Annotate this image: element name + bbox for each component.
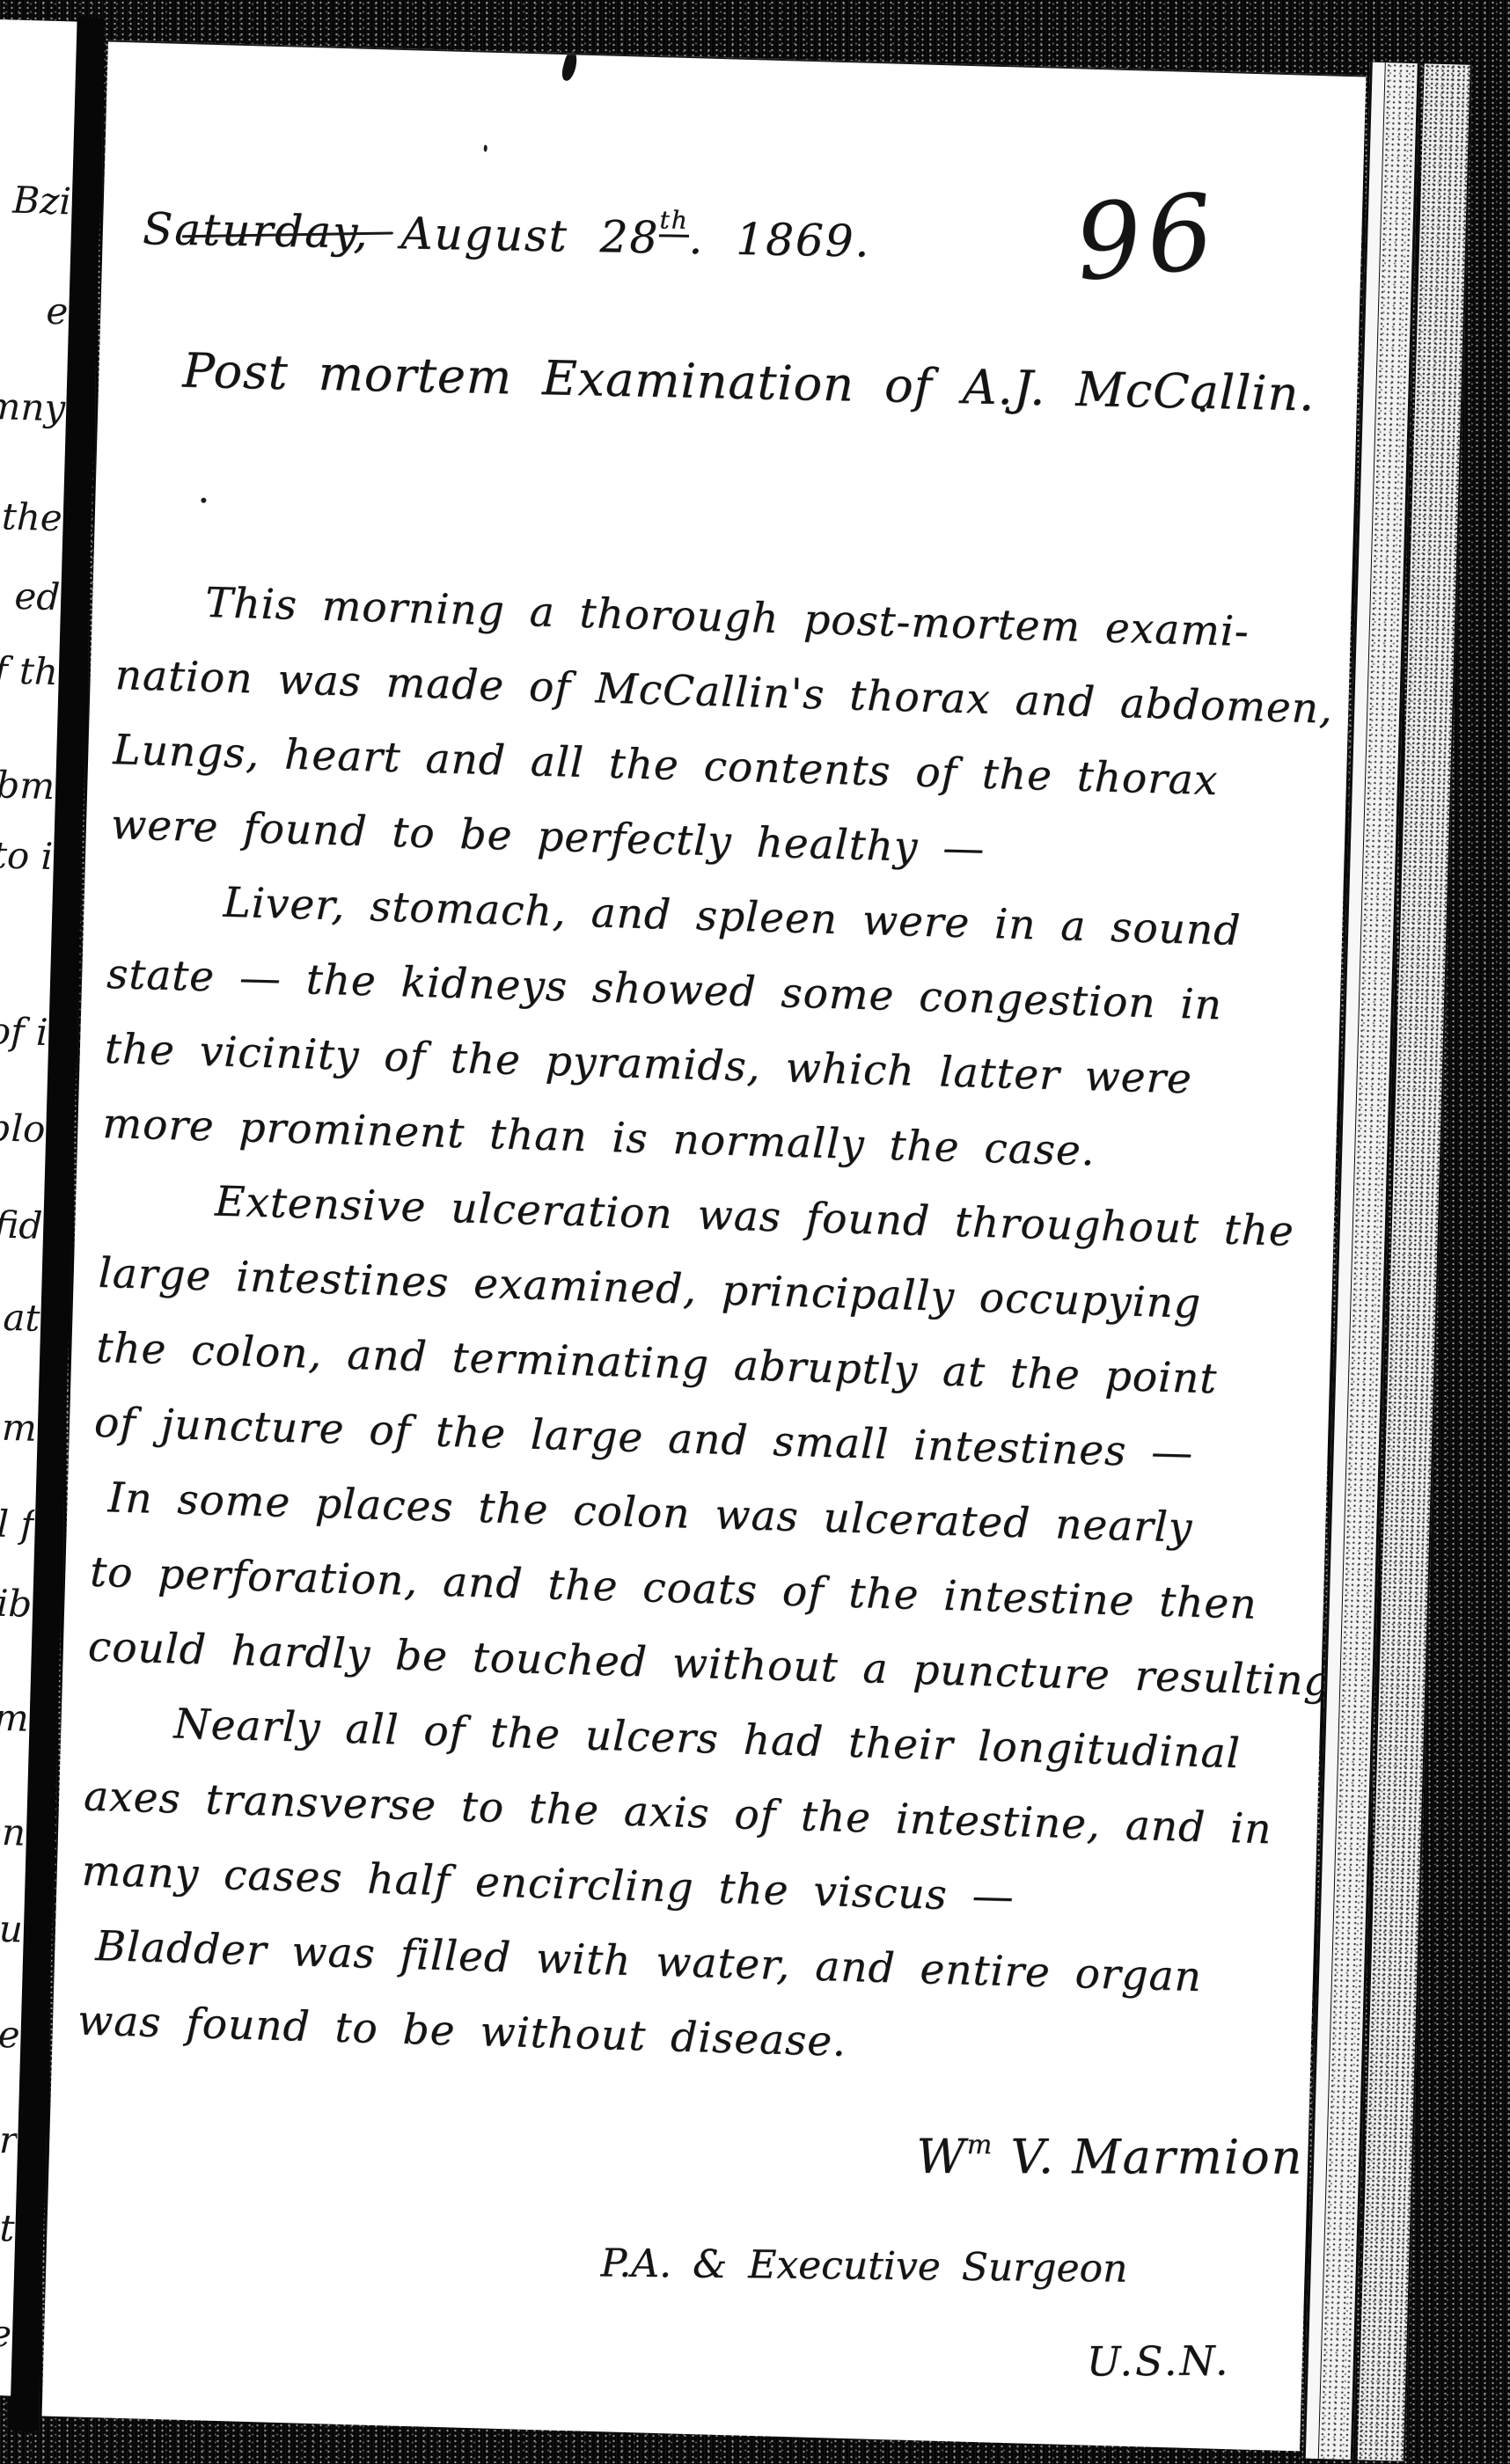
signature-initial: W — [916, 2129, 967, 2184]
margin-fragment: imm — [0, 1404, 38, 1468]
margin-fragment: to i — [0, 833, 54, 897]
margin-fragment: at — [0, 1294, 40, 1358]
signature-superscript: m — [967, 2130, 994, 2161]
margin-fragment: fid — [0, 1202, 43, 1266]
ink-speck — [201, 498, 206, 503]
page-number: 96 — [1070, 170, 1223, 304]
margin-fragment: y the — [0, 494, 62, 559]
margin-fragment: f th — [0, 648, 59, 713]
margin-fragment: of i — [0, 1009, 48, 1073]
date-heading: Saturday, August 28th. 1869. — [143, 196, 872, 267]
margin-fragment: ed — [0, 574, 61, 638]
margin-fragment: sib — [0, 1580, 33, 1644]
margin-fragment: abm — [0, 763, 55, 827]
margin-fragment: alu — [0, 1905, 24, 1970]
margin-fragment: gen — [0, 1809, 26, 1873]
margin-fragment: Bzi — [0, 178, 72, 242]
date-year: . 1869. — [688, 213, 871, 267]
journal-page: Saturday, August 28th. 1869. 96 Post mor… — [42, 40, 1367, 2452]
margin-fragment: le — [0, 2011, 20, 2075]
margin-fragment: e — [0, 288, 69, 352]
margin-fragment: lit — [0, 2204, 15, 2269]
book-spread: Bzi e mny y the ed f th abm to i of i bl… — [42, 40, 1367, 2450]
signature-organization: U.S.N. — [1087, 2336, 1231, 2385]
date-text: Saturday, August 28 — [143, 203, 660, 263]
margin-fragment: ge — [0, 2310, 12, 2374]
signature-title: P.A. & Executive Surgeon — [600, 2241, 1127, 2291]
margin-fragment: cr — [0, 2117, 18, 2181]
signature-name: Wm V. Marmion — [916, 2129, 1303, 2185]
margin-fragment: l f — [0, 1501, 34, 1565]
ink-blot — [560, 50, 580, 83]
entry-title: Post mortem Examination of A.J. McCallin… — [182, 343, 1316, 422]
signature-surname: V. Marmion — [993, 2129, 1303, 2185]
ink-speck — [484, 145, 487, 152]
margin-fragment: blo — [0, 1105, 46, 1169]
scanned-journal-photo: { "colors": { "paper": "#ffffff", "ink":… — [0, 0, 1510, 2464]
entry-body: This morning a thorough post-mortem exam… — [77, 563, 1345, 2092]
margin-fragment: rm — [0, 1694, 29, 1758]
date-ordinal: th — [659, 205, 689, 238]
margin-fragment: mny — [0, 384, 66, 449]
